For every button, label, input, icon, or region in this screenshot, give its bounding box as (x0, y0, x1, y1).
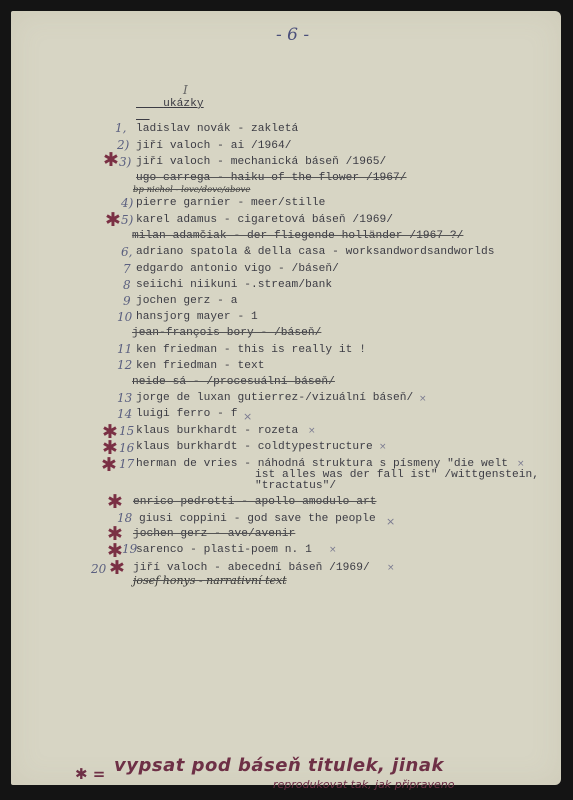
list-item-struck: neide sá - /procesuální báseň/ (132, 376, 335, 388)
list-item: jiří valoch - abecední báseň /1969/ (133, 562, 370, 574)
list-item: karel adamus - cigaretová báseň /1969/ (136, 214, 393, 226)
list-item-continuation: "tractatus"/ (255, 480, 336, 492)
check-x-mark: × (387, 563, 395, 573)
list-item-struck: jean-françois bory - /báseň/ (132, 327, 321, 339)
list-item: ladislav novák - zakletá (136, 123, 298, 135)
list-item: ken friedman - this is really it ! (136, 344, 366, 356)
handwritten-insert: bp nichol - love/dove/above (133, 185, 250, 195)
entry-number: 4) (121, 196, 133, 210)
list-item: giusi coppini - god save the people (139, 513, 376, 525)
entry-number: 6, (121, 245, 132, 259)
entry-number: 7 (123, 262, 131, 276)
list-item: ken friedman - text (136, 360, 265, 372)
document-page: - 6 - ukázky I 1, ladislav novák - zakle… (11, 11, 561, 785)
list-item: jorge de luxan gutierrez-/vizuální báseň… (136, 392, 413, 404)
entry-number: 8 (123, 278, 131, 292)
footer-note-line2: reprodukovat tak, jak připraveno (273, 778, 455, 791)
heading-text: ukázky (163, 98, 204, 110)
check-x-mark: × (419, 394, 427, 404)
check-x-mark: × (379, 442, 387, 452)
section-heading: ukázky (136, 86, 204, 122)
footer-note-symbol: ✱ = (75, 765, 105, 783)
list-item: jiří valoch - mechanická báseň /1965/ (136, 156, 386, 168)
asterisk-icon: ✱ (109, 559, 125, 578)
entry-number: 5) (121, 213, 133, 227)
entry-number: 20 (91, 562, 106, 576)
entry-number: 1, (115, 121, 126, 135)
asterisk-icon: ✱ (107, 493, 123, 512)
footer-note-line1: vypsat pod báseň titulek, jinak (114, 755, 444, 776)
entry-number: 17 (119, 457, 134, 471)
list-item: klaus burkhardt - rozeta (136, 425, 298, 437)
list-item: adriano spatola & della casa - worksandw… (136, 246, 494, 258)
entry-number: 12 (117, 358, 132, 372)
list-item: seiichi niikuni -.stream/bank (136, 279, 332, 291)
check-x-mark: × (386, 515, 395, 528)
check-x-mark: × (243, 410, 252, 423)
entry-number: 14 (117, 407, 132, 421)
entry-number: 3) (119, 155, 131, 169)
entry-number: 15 (119, 424, 134, 438)
asterisk-icon: ✱ (105, 211, 121, 230)
list-item: pierre garnier - meer/stille (136, 197, 325, 209)
list-item-struck: enrico pedrotti - apollo amodulo art (133, 496, 377, 508)
entry-number: 13 (117, 391, 132, 405)
list-item: jiří valoch - ai /1964/ (136, 140, 292, 152)
list-item: sarenco - plasti-poem n. 1 (136, 544, 312, 556)
check-x-mark: × (308, 426, 316, 436)
check-x-mark: × (329, 545, 337, 555)
entry-number: 19 (122, 542, 137, 556)
list-item: klaus burkhardt - coldtypestructure (136, 441, 373, 453)
list-item: edgardo antonio vigo - /báseň/ (136, 263, 339, 275)
page-number: - 6 - (276, 25, 309, 45)
list-item: hansjorg mayer - 1 (136, 311, 258, 323)
list-item-struck: ugo carrega - haiku of the flower /1967/ (136, 172, 407, 184)
check-x-mark: × (517, 459, 525, 469)
list-item: luigi ferro - f (136, 408, 237, 420)
entry-number: 9 (123, 294, 131, 308)
asterisk-icon: ✱ (101, 456, 117, 475)
entry-number: 16 (119, 441, 134, 455)
list-item-struck: jochen gerz - ave/avenir (133, 528, 295, 540)
handwritten-insert: josef honys - narrativní text (133, 574, 287, 587)
list-item-struck: milan adamčiak - der fliegende holländer… (132, 230, 463, 242)
entry-number: 11 (117, 342, 132, 356)
list-item: jochen gerz - a (136, 295, 237, 307)
entry-number: 10 (117, 310, 132, 324)
asterisk-icon: ✱ (103, 151, 119, 170)
heading-mark: I (183, 83, 188, 97)
